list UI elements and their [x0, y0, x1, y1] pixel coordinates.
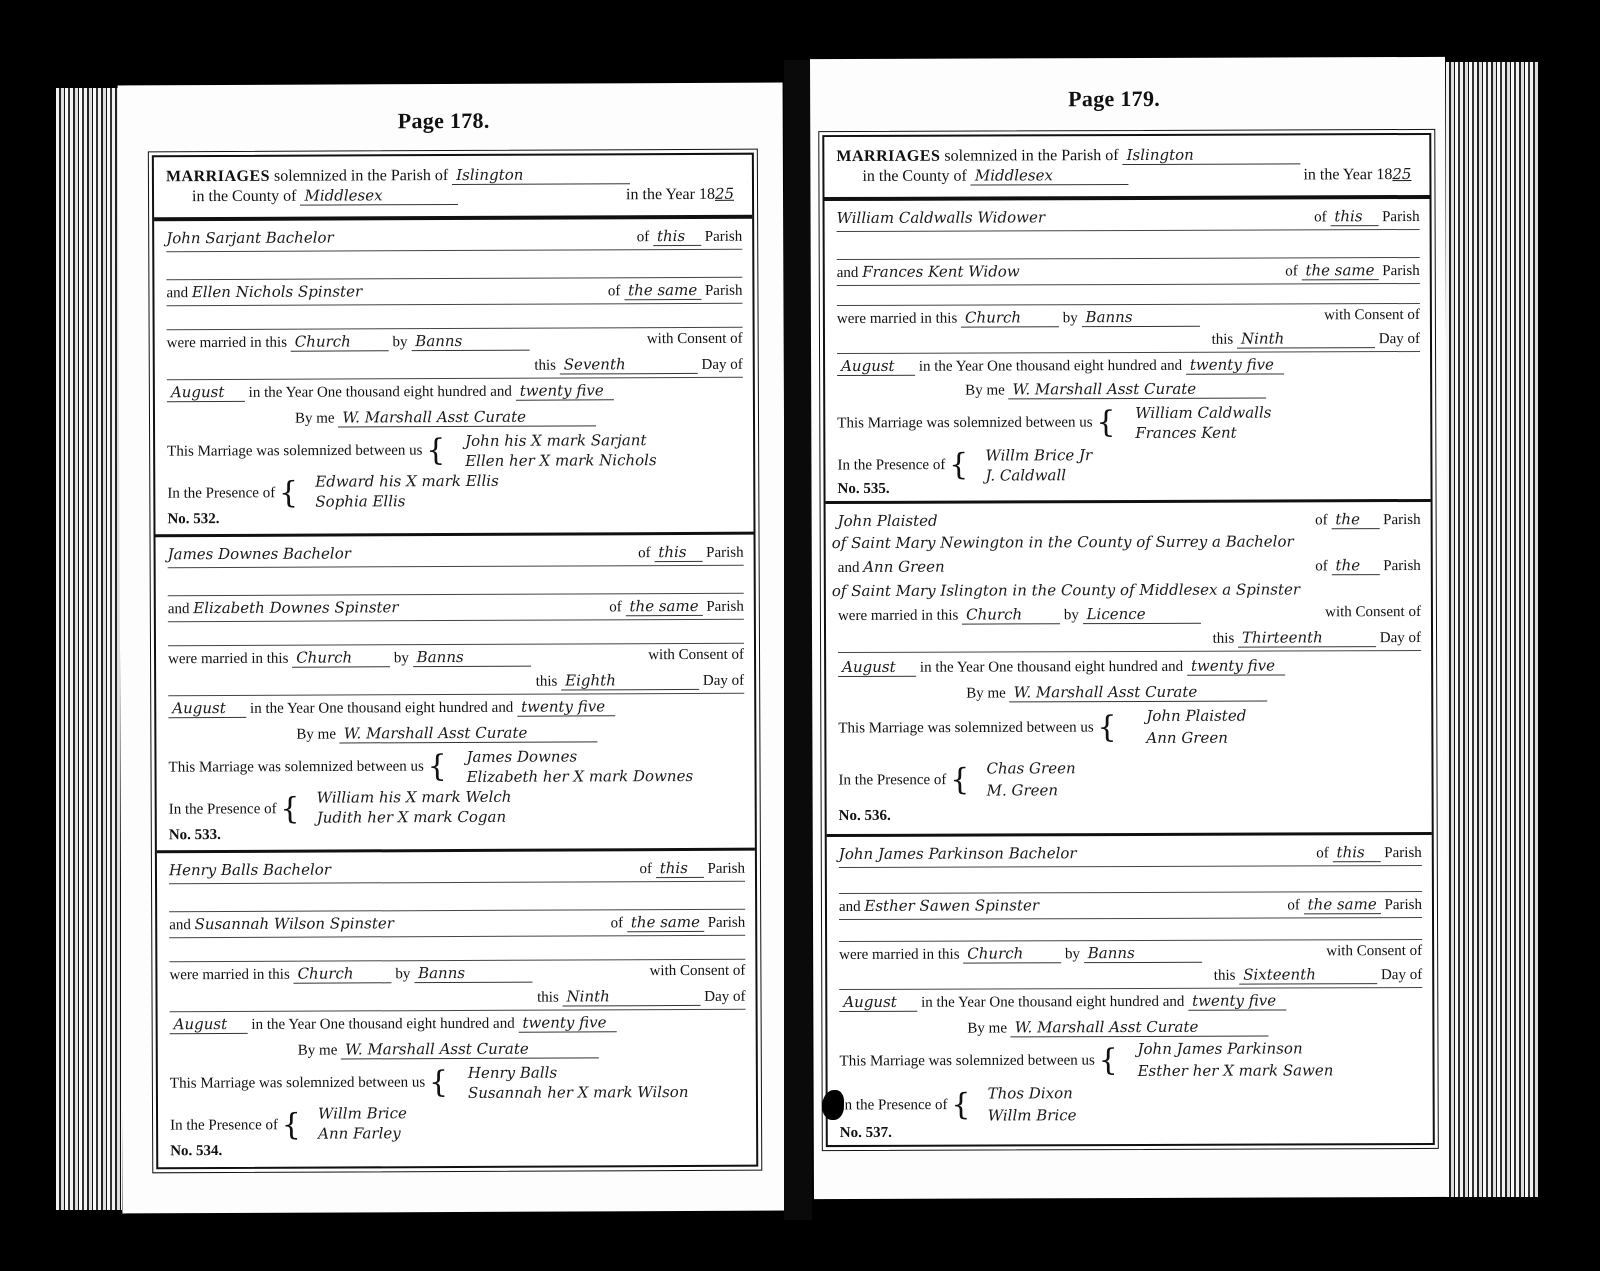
and-label: and: [168, 601, 190, 617]
bride-name: Esther Sawen Spinster: [864, 896, 1039, 915]
parish-label: Parish: [705, 229, 743, 245]
day-of-label: Day of: [703, 673, 744, 689]
bride-residence: of Saint Mary Islington in the County of…: [832, 580, 1421, 604]
officiant-signature: W. Marshall Asst Curate: [341, 1039, 599, 1059]
witness-signature: Willm Brice: [318, 1104, 407, 1122]
witness-signature: Ann Farley: [318, 1124, 401, 1142]
marriage-by: Banns: [414, 964, 532, 984]
and-label: and: [169, 917, 191, 933]
day-of-label: Day of: [701, 357, 742, 373]
by-me-label: By me: [296, 727, 336, 743]
presence-label: In the Presence of: [169, 801, 277, 817]
witness-signature: Judith her X mark Cogan: [317, 808, 506, 827]
solemnized-label: This Marriage was solemnized between us: [839, 1053, 1094, 1070]
entry-number: No. 536.: [839, 808, 891, 825]
bride-parish: the: [1332, 556, 1380, 575]
party-signature: William Caldwalls: [1135, 404, 1271, 422]
party-signature: John his X mark Sarjant: [465, 431, 646, 450]
entry-number: No. 534.: [170, 1143, 222, 1160]
right-page: Page 179. MARRIAGES solemnized in the Pa…: [810, 57, 1449, 1199]
header-text: solemnized in the Parish of: [944, 147, 1118, 165]
solemnized-label: This Marriage was solemnized between us: [168, 759, 423, 776]
witness-signature: Sophia Ellis: [315, 492, 405, 510]
of-label: of: [637, 229, 650, 245]
marriage-day: Eighth: [561, 671, 699, 691]
groom-name: James Downes Bachelor: [168, 544, 351, 563]
of-label: of: [1285, 263, 1298, 279]
of-label: of: [638, 545, 651, 561]
of-label: of: [1315, 512, 1328, 528]
groom-residence: of Saint Mary Newington in the County of…: [832, 532, 1421, 556]
married-in-label: were married in this: [839, 947, 959, 963]
consent-label: with Consent of: [648, 647, 744, 664]
by-label: by: [1063, 310, 1078, 326]
place: Church: [963, 944, 1061, 963]
party-signature: John Plaisted: [1146, 707, 1246, 725]
day-of-label: Day of: [1379, 331, 1420, 347]
place: Church: [962, 605, 1060, 624]
bride-parish: the same: [624, 281, 701, 300]
parish-label: Parish: [707, 861, 745, 877]
parish-label: Parish: [1383, 558, 1421, 574]
officiant-signature: W. Marshall Asst Curate: [1008, 380, 1266, 400]
marriage-by: Banns: [413, 648, 531, 668]
married-in-label: were married in this: [838, 608, 958, 624]
party-signature: Ellen her X mark Nichols: [465, 451, 657, 470]
officiant-signature: W. Marshall Asst Curate: [338, 407, 596, 427]
by-me-label: By me: [295, 411, 335, 427]
left-page-stack-edge: [56, 88, 122, 1210]
marriage-day: Ninth: [562, 987, 700, 1007]
groom-parish: this: [656, 859, 704, 878]
marriage-month: August: [837, 357, 915, 376]
marriage-month: August: [168, 699, 246, 718]
marriage-by: Banns: [1084, 944, 1202, 963]
this-label: this: [1212, 332, 1234, 348]
page-number: Page 179.: [1068, 86, 1160, 112]
year-label: in the Year 18: [626, 186, 715, 203]
marriage-by: Banns: [411, 332, 529, 352]
county-label: in the County of: [192, 188, 297, 205]
of-label: of: [608, 283, 621, 299]
by-me-label: By me: [966, 685, 1006, 701]
groom-parish: this: [653, 227, 701, 246]
bride-parish: the same: [1304, 895, 1381, 914]
parish-label: Parish: [708, 915, 746, 931]
marriage-entry: Henry Balls Bachelorof this Parish and S…: [157, 851, 756, 1167]
presence-label: In the Presence of: [839, 772, 947, 788]
entry-number: No. 537.: [840, 1125, 892, 1142]
groom-name: William Caldwalls Widower: [837, 208, 1045, 227]
solemnized-label: This Marriage was solemnized between us: [170, 1075, 425, 1092]
party-signature: Henry Balls: [468, 1064, 557, 1082]
this-label: this: [534, 358, 556, 374]
bride-name: Frances Kent Widow: [862, 262, 1020, 281]
presence-label: In the Presence of: [170, 1117, 278, 1133]
presence-label: In the Presence of: [167, 485, 275, 501]
by-label: by: [1065, 946, 1080, 962]
year-words: twenty five: [518, 1013, 616, 1032]
marriage-entry: John James Parkinson Bachelorof this Par…: [827, 835, 1433, 1147]
by-label: by: [394, 650, 409, 666]
officiant-signature: W. Marshall Asst Curate: [340, 723, 598, 743]
witness-signature: William his X mark Welch: [317, 788, 512, 807]
by-label: by: [393, 334, 408, 350]
by-label: by: [395, 966, 410, 982]
parish-label: Parish: [705, 283, 743, 299]
groom-name: John Plaisted: [838, 512, 938, 530]
marriage-day: Seventh: [560, 355, 698, 375]
party-signature: John James Parkinson: [1137, 1039, 1302, 1058]
consent-label: with Consent of: [647, 331, 743, 348]
witness-signature: J. Caldwall: [985, 466, 1066, 484]
presence-label: In the Presence of: [840, 1097, 948, 1113]
year-words: twenty five: [1188, 991, 1286, 1010]
groom-parish: this: [1333, 843, 1381, 862]
county-label: in the County of: [862, 168, 966, 185]
header-title: MARRIAGES: [836, 148, 940, 165]
marriage-entry: John Plaistedof the Parish of Saint Mary…: [826, 502, 1432, 837]
bride-parish: the same: [1301, 261, 1378, 280]
of-label: of: [611, 915, 624, 931]
place: Church: [294, 964, 392, 983]
county-name: Middlesex: [300, 186, 458, 206]
year-phrase: in the Year One thousand eight hundred a…: [250, 700, 513, 717]
of-label: of: [1315, 558, 1328, 574]
marriage-register-form: MARRIAGES solemnized in the Parish of Is…: [152, 153, 758, 1170]
county-name: Middlesex: [971, 166, 1129, 186]
by-me-label: By me: [967, 1020, 1007, 1036]
day-of-label: Day of: [1380, 630, 1421, 646]
consent-label: with Consent of: [1326, 943, 1422, 960]
marriage-entry: James Downes Bachelorof this Parish and …: [156, 535, 755, 854]
solemnized-label: This Marriage was solemnized between us: [167, 443, 422, 460]
year-phrase: in the Year One thousand eight hundred a…: [251, 1016, 514, 1033]
and-label: and: [837, 265, 859, 281]
witness-signature: Willm Brice: [988, 1106, 1077, 1124]
by-me-label: By me: [298, 1043, 338, 1059]
year-words: twenty five: [1186, 355, 1284, 374]
year-label: in the Year 18: [1303, 166, 1392, 183]
parish-label: Parish: [706, 545, 744, 561]
witness-signature: Chas Green: [986, 759, 1075, 777]
consent-label: with Consent of: [1325, 604, 1421, 621]
marriage-day: Sixteenth: [1239, 965, 1377, 984]
bride-name: Ellen Nichols Spinster: [192, 282, 362, 301]
this-label: this: [537, 990, 559, 1006]
marriage-day: Ninth: [1237, 329, 1375, 348]
header-title: MARRIAGES: [166, 168, 270, 185]
year-phrase: in the Year One thousand eight hundred a…: [919, 358, 1182, 375]
entry-number: No. 533.: [169, 827, 221, 844]
day-of-label: Day of: [1381, 967, 1422, 983]
witness-signature: Thos Dixon: [988, 1084, 1073, 1102]
of-label: of: [1316, 845, 1329, 861]
party-signature: Elizabeth her X mark Downes: [467, 767, 694, 786]
groom-parish: the: [1331, 510, 1379, 529]
witness-signature: Willm Brice Jr: [985, 446, 1092, 464]
this-label: this: [1213, 631, 1235, 647]
party-signature: Frances Kent: [1135, 424, 1236, 442]
parish-label: Parish: [1383, 512, 1421, 528]
groom-parish: this: [654, 543, 702, 562]
marriage-month: August: [170, 1015, 248, 1034]
groom-name: John Sarjant Bachelor: [166, 229, 334, 248]
consent-label: with Consent of: [650, 963, 746, 980]
this-label: this: [536, 674, 558, 690]
and-label: and: [838, 560, 860, 576]
bride-name: Ann Green: [863, 558, 945, 576]
marriage-by: Licence: [1083, 605, 1201, 624]
marriage-month: August: [838, 658, 916, 677]
consent-label: with Consent of: [1324, 307, 1420, 324]
officiant-signature: W. Marshall Asst Curate: [1010, 683, 1268, 703]
marriage-by: Banns: [1082, 308, 1200, 327]
bride-name: Susannah Wilson Spinster: [195, 914, 394, 933]
marriage-register-form: MARRIAGES solemnized in the Parish of Is…: [822, 133, 1435, 1147]
married-in-label: were married in this: [169, 967, 289, 984]
of-label: of: [1314, 209, 1327, 225]
place: Church: [292, 648, 390, 667]
year-phrase: in the Year One thousand eight hundred a…: [921, 994, 1184, 1011]
married-in-label: were married in this: [167, 335, 287, 352]
married-in-label: were married in this: [837, 311, 957, 327]
parish-name: Islington: [1123, 145, 1301, 165]
party-signature: Ann Green: [1146, 729, 1228, 747]
of-label: of: [609, 599, 622, 615]
year-phrase: in the Year One thousand eight hundred a…: [920, 659, 1183, 676]
year-words: twenty five: [517, 697, 615, 716]
groom-parish: this: [1330, 207, 1378, 226]
page-number: Page 178.: [398, 108, 490, 134]
entry-number: No. 532.: [167, 511, 219, 528]
party-signature: Esther her X mark Sawen: [1138, 1061, 1334, 1080]
book-spine: [784, 60, 812, 1220]
year-words: twenty five: [1187, 656, 1285, 675]
parish-label: Parish: [1382, 263, 1420, 279]
register-header: MARRIAGES solemnized in the Parish of Is…: [824, 135, 1429, 201]
ink-blot: [822, 1090, 844, 1120]
place: Church: [961, 308, 1059, 327]
bride-name: Elizabeth Downes Spinster: [193, 598, 398, 617]
parish-label: Parish: [1384, 845, 1422, 861]
of-label: of: [1287, 897, 1300, 913]
marriage-day: Thirteenth: [1238, 628, 1376, 647]
year-phrase: in the Year One thousand eight hundred a…: [249, 384, 512, 401]
parish-label: Parish: [706, 599, 744, 615]
groom-name: Henry Balls Bachelor: [169, 861, 331, 880]
marriage-month: August: [167, 383, 245, 402]
year-suffix: 25: [1392, 165, 1411, 183]
by-label: by: [1064, 607, 1079, 623]
year-words: twenty five: [516, 381, 614, 400]
and-label: and: [839, 899, 861, 915]
marriage-entry: William Caldwalls Widowerof this Parish …: [825, 199, 1431, 504]
officiant-signature: W. Marshall Asst Curate: [1011, 1018, 1269, 1038]
witness-signature: Edward his X mark Ellis: [315, 472, 499, 491]
and-label: and: [166, 285, 188, 301]
left-page: Page 178. MARRIAGES solemnized in the Pa…: [118, 83, 788, 1214]
right-page-stack-edge: [1446, 62, 1538, 1197]
parish-label: Parish: [1384, 897, 1422, 913]
party-signature: Susannah her X mark Wilson: [468, 1083, 689, 1102]
party-signature: James Downes: [466, 747, 577, 765]
solemnized-label: This Marriage was solemnized between us: [837, 415, 1092, 432]
solemnized-label: This Marriage was solemnized between us: [838, 720, 1093, 737]
bride-parish: the same: [627, 913, 704, 932]
register-header: MARRIAGES solemnized in the Parish of Is…: [154, 155, 752, 222]
groom-name: John James Parkinson Bachelor: [839, 844, 1077, 863]
parish-label: Parish: [1382, 209, 1420, 225]
this-label: this: [1214, 968, 1236, 984]
of-label: of: [639, 861, 652, 877]
presence-label: In the Presence of: [837, 457, 945, 473]
bride-parish: the same: [625, 597, 702, 616]
marriage-entry: John Sarjant Bachelorof this Parish and …: [154, 219, 753, 538]
place: Church: [291, 332, 389, 351]
marriage-month: August: [839, 993, 917, 1012]
entry-number: No. 535.: [837, 481, 889, 498]
witness-signature: M. Green: [987, 781, 1059, 799]
by-me-label: By me: [965, 382, 1005, 398]
married-in-label: were married in this: [168, 651, 288, 668]
parish-name: Islington: [452, 165, 630, 185]
year-suffix: 25: [715, 185, 734, 203]
day-of-label: Day of: [704, 989, 745, 1005]
header-text: solemnized in the Parish of: [274, 167, 448, 185]
